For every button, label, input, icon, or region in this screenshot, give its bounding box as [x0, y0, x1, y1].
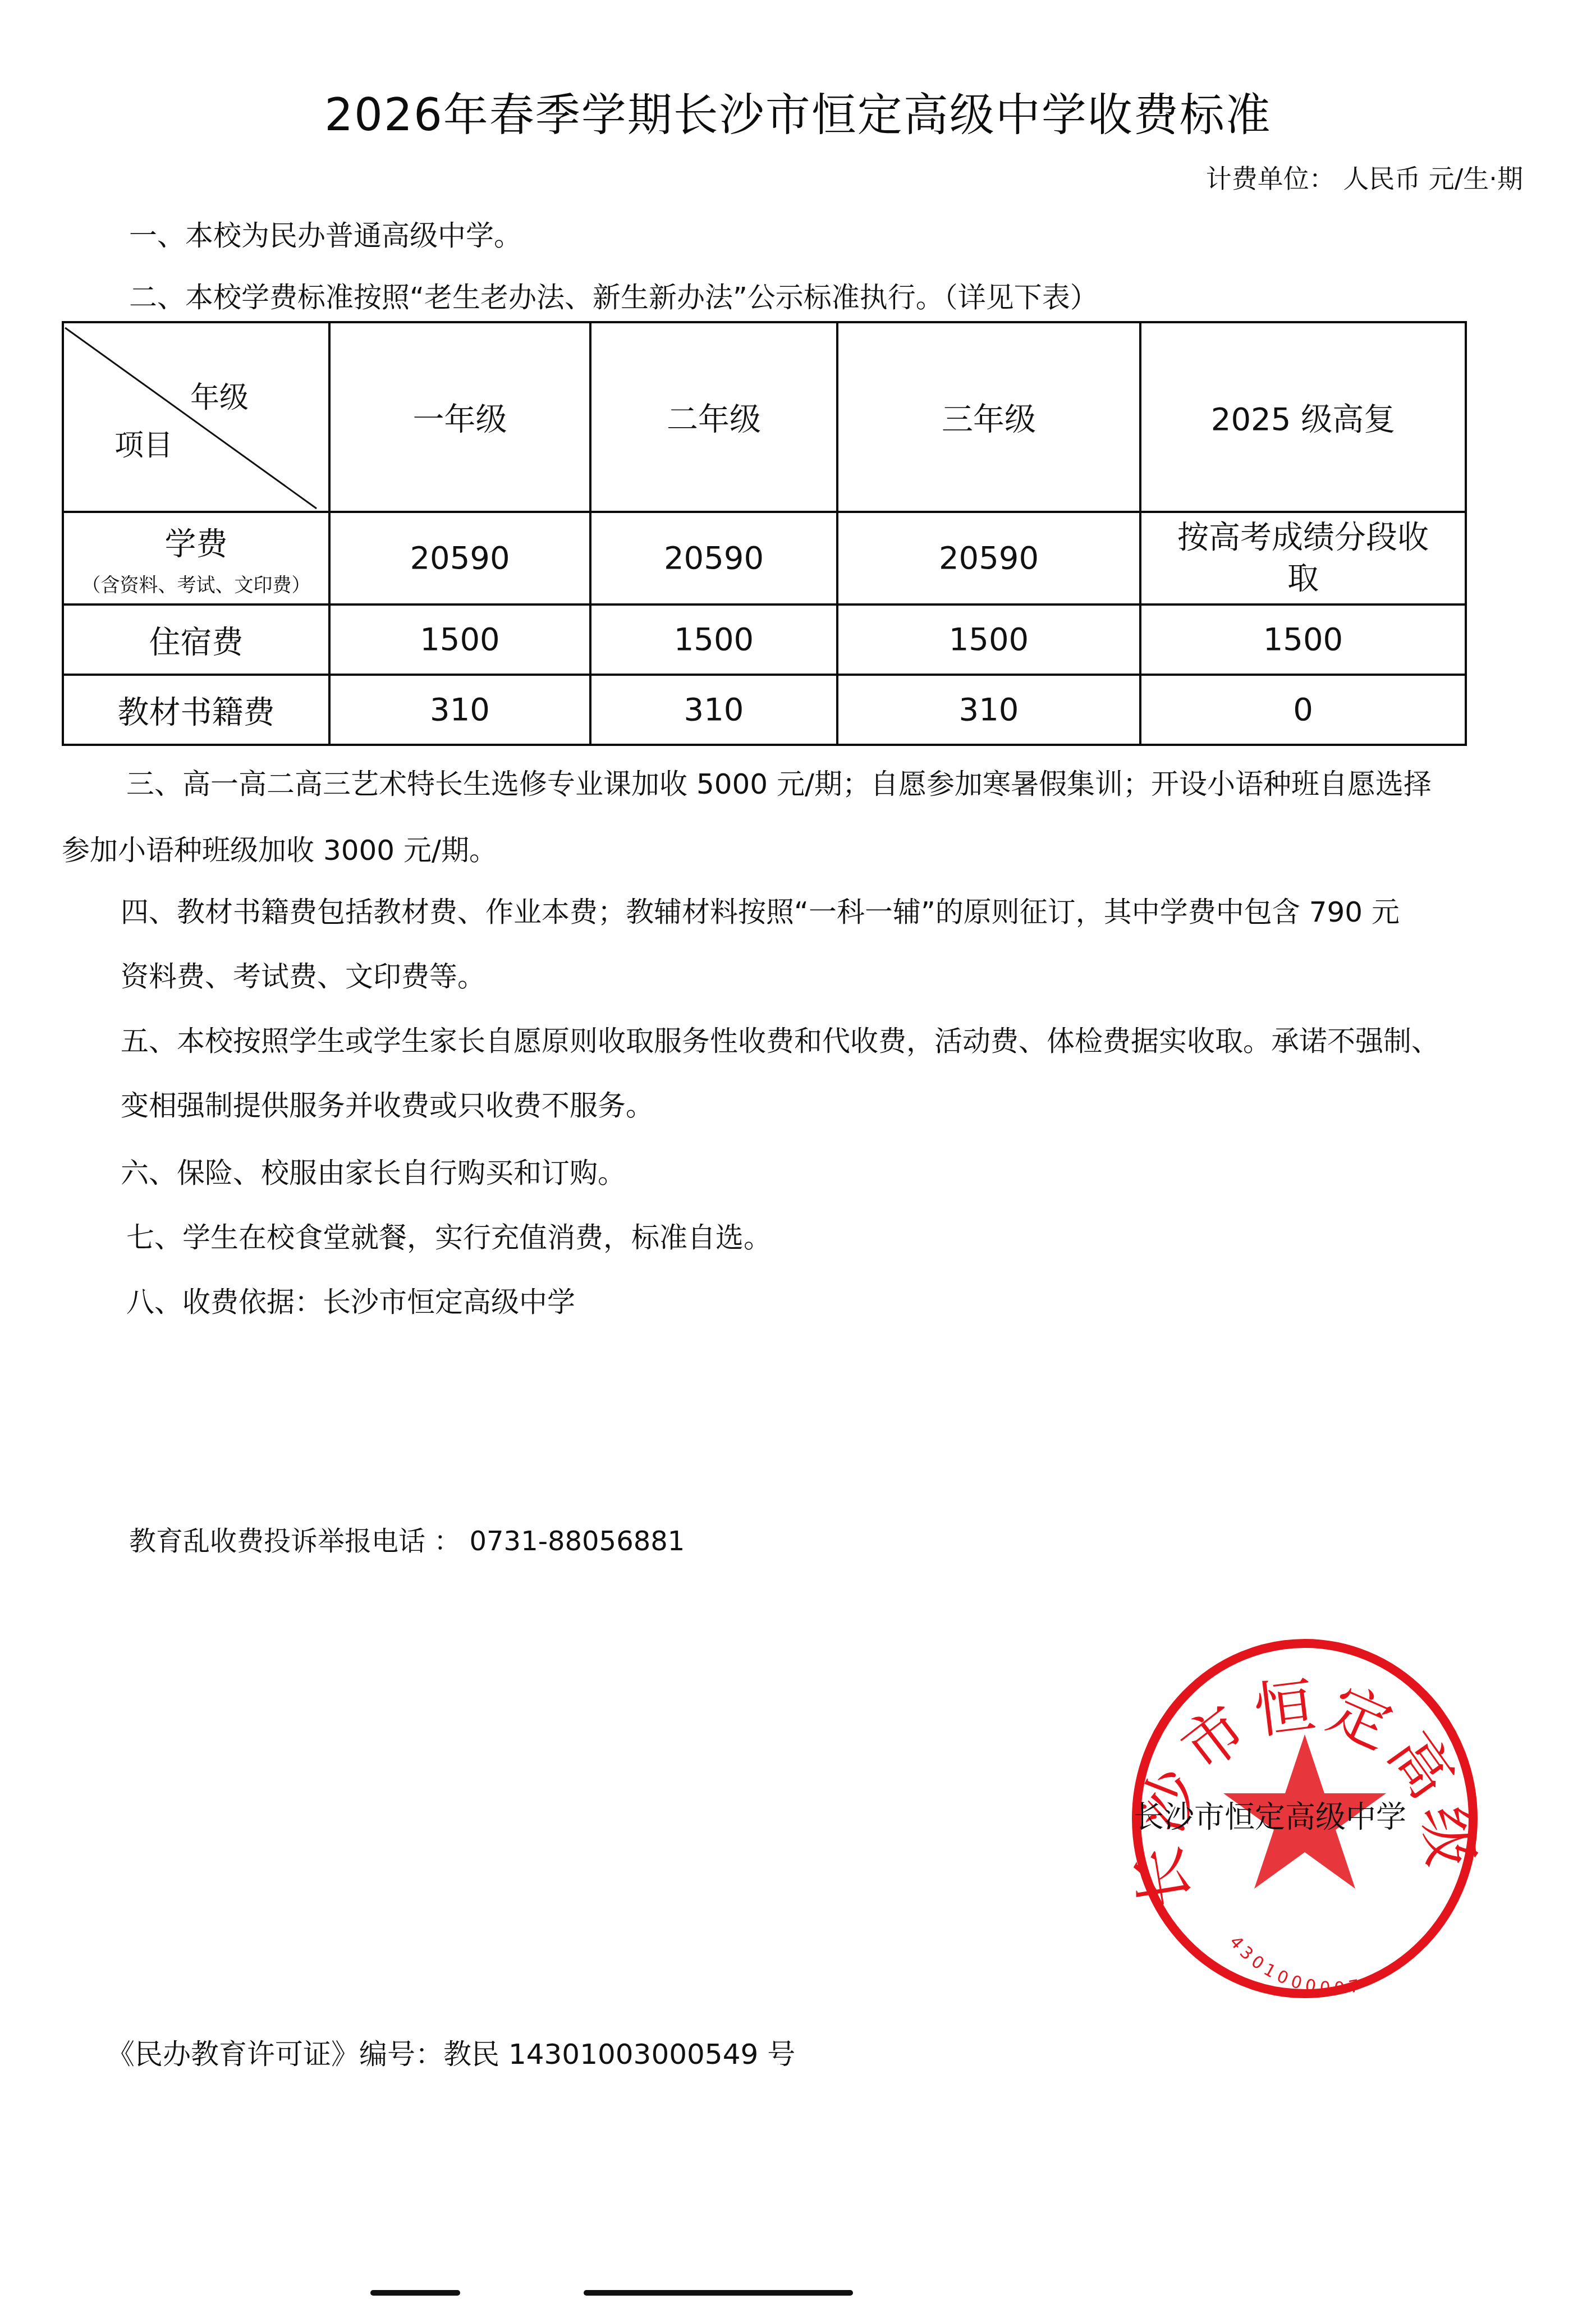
table-cell: 1500: [1140, 604, 1466, 675]
clause-4-line-2: 资料费、考试费、文印费等。: [121, 963, 485, 991]
diagonal-divider: [64, 323, 331, 513]
table-row-tuition: 学费 （含资料、考试、文印费） 20590 20590 20590 按高考成绩分…: [63, 512, 1466, 604]
clause-1: 一、本校为民办普通高级中学。: [129, 222, 522, 250]
table-cell: 20590: [837, 512, 1140, 604]
tuition-repeat-note: 按高考成绩分段收取: [1177, 519, 1429, 597]
clause-2: 二、本校学费标准按照“老生老办法、新生新办法”公示标准执行。（详见下表）: [129, 283, 1098, 312]
clause-4-line-1: 四、教材书籍费包括教材费、作业本费；教辅材料按照“一科一辅”的原则征订，其中学费…: [121, 898, 1400, 926]
table-cell: 1500: [837, 604, 1140, 675]
clause-8: 八、收费依据：长沙市恒定高级中学: [126, 1288, 575, 1316]
table-cell: 310: [837, 675, 1140, 745]
corner-label-grade: 年级: [190, 374, 249, 416]
clause-5-line-1: 五、本校按照学生或学生家长自愿原则收取服务性收费和代收费，活动费、体检费据实收取…: [121, 1027, 1439, 1055]
clause-5-line-2: 变相强制提供服务并收费或只收费不服务。: [121, 1092, 654, 1120]
table-cell: 20590: [590, 512, 837, 604]
column-header: 二年级: [590, 322, 837, 512]
clause-3-line-1: 三、高一高二高三艺术特长生选修专业课加收 5000 元/期；自愿参加寒暑假集训；…: [126, 770, 1432, 798]
table-cell: 310: [329, 675, 590, 745]
clause-3-line-2: 参加小语种班级加收 3000 元/期。: [62, 836, 497, 864]
table-cell: 1500: [329, 604, 590, 675]
seal-number: 4301000007: [1226, 1932, 1366, 1998]
table-row-accommodation: 住宿费 1500 1500 1500 1500: [63, 604, 1466, 675]
fee-table: 年级 项目 一年级 二年级 三年级 2025 级高复 学费 （含资料、考试、文印…: [62, 321, 1467, 746]
table-row-textbooks: 教材书籍费 310 310 310 0: [63, 675, 1466, 745]
column-header: 三年级: [837, 322, 1140, 512]
row-label: 学费: [64, 519, 328, 564]
table-cell: 20590: [329, 512, 590, 604]
document-title: 2026年春季学期长沙市恒定高级中学收费标准: [0, 79, 1596, 143]
row-label: 住宿费: [63, 604, 329, 675]
column-header: 2025 级高复: [1140, 322, 1466, 512]
corner-label-item: 项目: [114, 422, 173, 464]
svg-text:4301000007: 4301000007: [1226, 1932, 1366, 1998]
signature-school-name: 长沙市恒定高级中学: [1134, 1793, 1406, 1837]
billing-unit: 计费单位： 人民币 元/生·期: [1206, 158, 1523, 195]
table-cell: 按高考成绩分段收取: [1140, 512, 1466, 604]
license-number: 《民办教育许可证》编号：教民 14301003000549 号: [107, 2040, 795, 2068]
table-header-row: 年级 项目 一年级 二年级 三年级 2025 级高复: [63, 322, 1466, 512]
complaint-hotline: 教育乱收费投诉举报电话 ： 0731-88056881: [129, 1528, 685, 1555]
column-header: 一年级: [329, 322, 590, 512]
row-label-cell: 学费 （含资料、考试、文印费）: [63, 512, 329, 604]
table-cell: 1500: [590, 604, 837, 675]
page-edge-mark: [584, 2290, 853, 2296]
table-cell: 0: [1140, 675, 1466, 745]
page-edge-mark: [370, 2290, 460, 2296]
table-cell: 310: [590, 675, 837, 745]
clause-7: 七、学生在校食堂就餐，实行充值消费，标准自选。: [126, 1224, 772, 1252]
table-corner-cell: 年级 项目: [63, 322, 329, 512]
row-sublabel: （含资料、考试、文印费）: [64, 570, 328, 597]
row-label: 教材书籍费: [63, 675, 329, 745]
clause-6: 六、保险、校服由家长自行购买和订购。: [121, 1159, 626, 1187]
